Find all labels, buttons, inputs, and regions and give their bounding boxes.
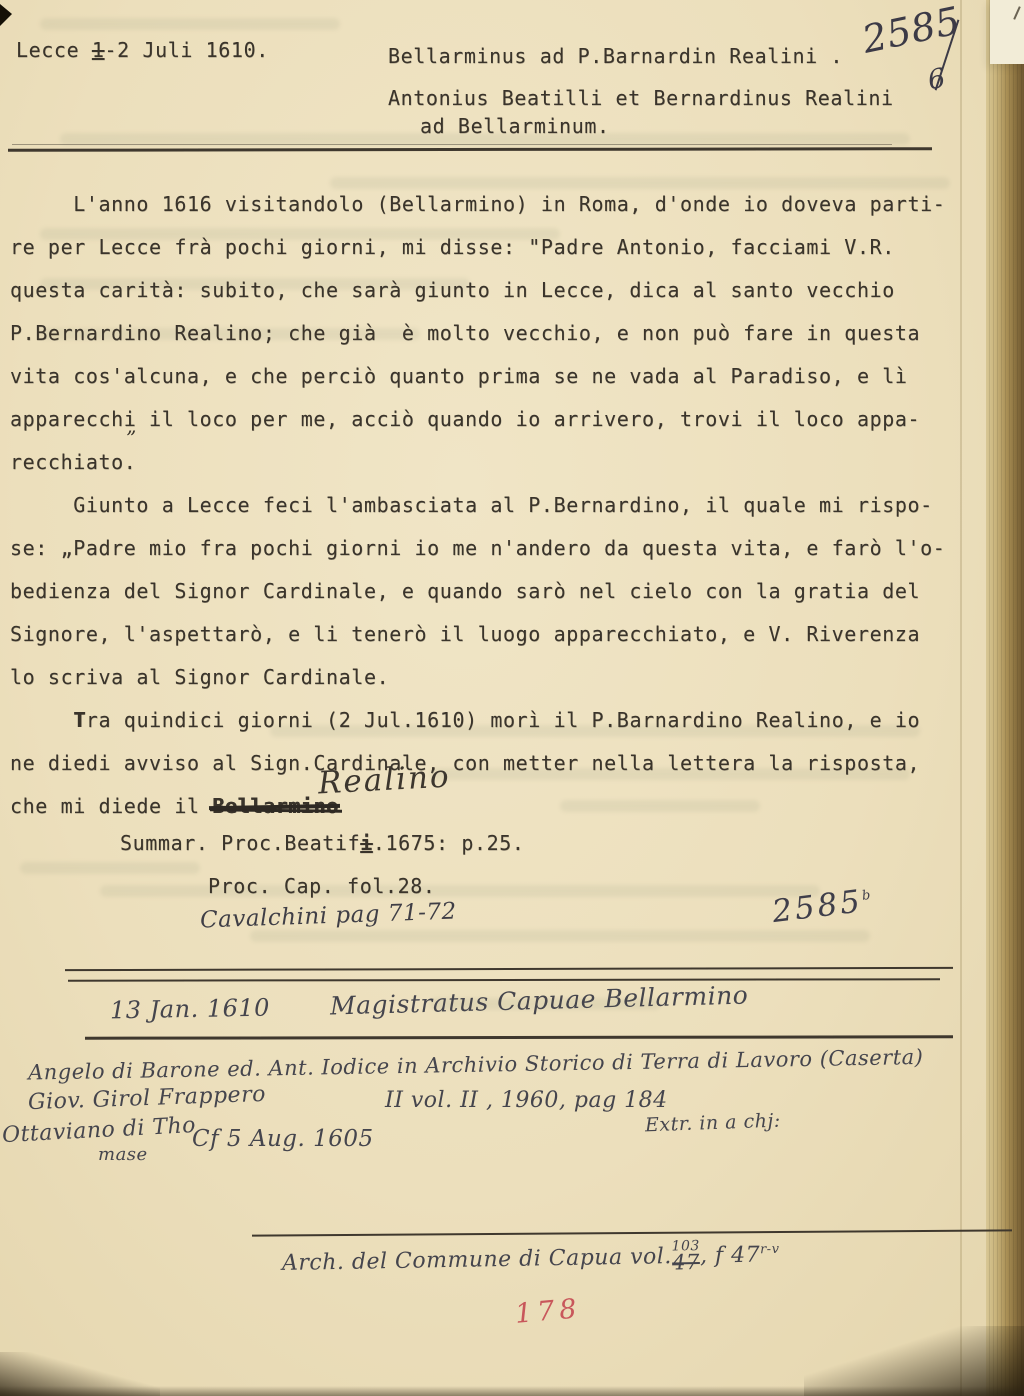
paragraph3-text: ra quindici giorni (2 Jul.1610) morì il … (10, 708, 920, 818)
annotation-row3-name2: mase (98, 1144, 148, 1165)
bleedthrough (40, 18, 340, 30)
handwritten-correction: Realino (317, 759, 451, 802)
bleedthrough (20, 862, 200, 874)
annotation-row1: Angelo di Barone ed. Ant. Iodice in Arch… (28, 1043, 1008, 1084)
volume-number-struck: 47 (672, 1253, 701, 1272)
title-line3: ad Bellarminum. (420, 114, 610, 138)
annotation-row2-right: II vol. II , 1960, pag 184 (385, 1088, 668, 1113)
dateline: Lecce 1-2 Juli 1610. (16, 38, 269, 62)
inserted-quote-mark: ” (126, 426, 137, 450)
annotation-row3-cf: Cf 5 Aug. 1605 (192, 1126, 374, 1152)
reference-2: Proc. Cap. fol.28. (208, 874, 436, 898)
annotation-subject: Magistratus Capuae Bellarmino (330, 981, 749, 1021)
binding-notch (0, 4, 12, 26)
annotation-row3-name: Ottaviano di Tho (1, 1113, 196, 1148)
annotation-row2-left: Giov. Girol Frappero (28, 1082, 267, 1115)
double-rule-bottom (68, 978, 940, 982)
header-rule-echo (12, 144, 892, 145)
body-text: L'anno 1616 visitandolo (Bellarmino) in … (10, 183, 970, 828)
archive-number-b-suffix: b (861, 888, 874, 904)
body-paragraphs-1-2: L'anno 1616 visitandolo (Bellarmino) in … (10, 192, 945, 732)
dateline-place: Lecce (16, 38, 92, 62)
bottom-edge-shadow (0, 1386, 1024, 1396)
bottom-annotation-folio: , f 47 (700, 1243, 761, 1269)
dateline-rest: -2 Juli 1610. (105, 38, 269, 62)
paragraph3-initial: T (73, 708, 86, 732)
bleedthrough (250, 930, 870, 942)
folio-superscript: r-v (760, 1242, 780, 1257)
page-edge-streaks (986, 0, 1024, 1396)
volume-number-corrected: 10347 (672, 1240, 701, 1272)
reference-1-rest: .1675: p.25. (373, 831, 525, 855)
double-rule-top (65, 967, 953, 971)
handwritten-reference: Cavalchini pag 71-72 (200, 899, 457, 934)
reference-1-struck-char: i (360, 831, 373, 855)
annotation-date: 13 Jan. 1610 (110, 994, 270, 1025)
reference-1-text: Summar. Proc.Beatif (120, 831, 360, 855)
page-number-stamp: 178 (514, 1293, 583, 1330)
bottom-annotation: Arch. del Commune di Capua vol.10347, f … (282, 1239, 780, 1279)
title-line2: Antonius Beatilli et Bernardinus Realini (388, 86, 894, 110)
dateline-struck-digit: 1 (92, 38, 105, 62)
bottom-annotation-text: Arch. del Commune di Capua vol. (282, 1244, 672, 1276)
title-line1: Bellarminus ad P.Barnardin Realini . (388, 44, 843, 68)
document-page: Lecce 1-2 Juli 1610. Bellarminus ad P.Ba… (0, 0, 1024, 1396)
bottom-rule (252, 1229, 1012, 1236)
annotation-row3-extr: Extr. in a chj: (645, 1110, 781, 1137)
reference-1: Summar. Proc.Beatifi.1675: p.25. (120, 831, 525, 855)
archive-number-denominator: 6 (925, 63, 948, 97)
annotation-rule (85, 1035, 953, 1040)
header-rule (8, 147, 932, 152)
